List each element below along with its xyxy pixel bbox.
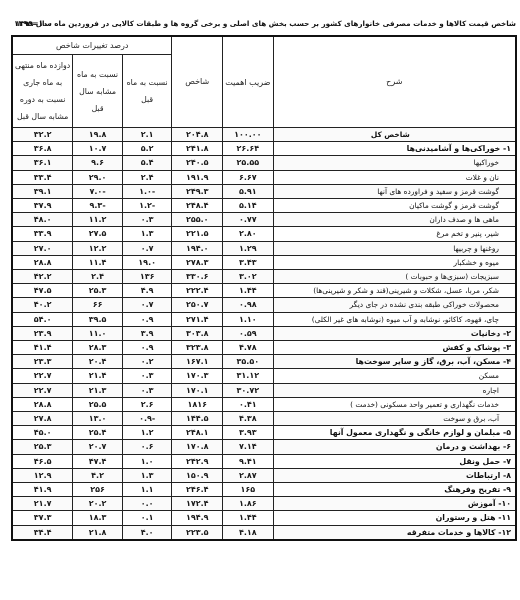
base-year-label: ۱۳۹۵=۱۰۰ bbox=[14, 19, 52, 28]
row-change-prev-month: ۱.۳ bbox=[122, 227, 172, 241]
row-weight: ۱.۴۴ bbox=[223, 284, 274, 298]
row-change-prev-month: -۰.۹ bbox=[122, 412, 172, 426]
row-description: ماهی ها و صدف داران bbox=[273, 213, 516, 227]
row-change-twelve-month: ۴۱.۴ bbox=[12, 341, 73, 355]
row-change-twelve-month: ۲۷.۸ bbox=[12, 412, 73, 426]
row-description: ۱۱- هتل و رستوران bbox=[273, 511, 516, 525]
row-change-twelve-month: ۲۱.۷ bbox=[12, 497, 73, 511]
row-index: ۲۴۸.۴ bbox=[172, 199, 223, 213]
row-change-prev-month: ۰.۶ bbox=[122, 440, 172, 454]
row-change-same-month-last-year: ۱۲.۲ bbox=[73, 241, 123, 255]
row-change-prev-month: ۰.۰ bbox=[122, 497, 172, 511]
table-row: اجاره۳۰.۷۲۱۷۰.۱۰.۳۲۱.۳۲۲.۷ bbox=[12, 383, 516, 397]
row-change-same-month-last-year: ۲۷.۵ bbox=[73, 227, 123, 241]
row-change-twelve-month: ۲۲.۷ bbox=[12, 383, 73, 397]
row-description: روغنها و چربیها bbox=[273, 241, 516, 255]
row-change-prev-month: ۰.۳ bbox=[122, 213, 172, 227]
row-index: ۲۲۳.۵ bbox=[172, 525, 223, 540]
row-index: ۱۷۰.۱ bbox=[172, 383, 223, 397]
row-weight: ۴.۱۸ bbox=[223, 525, 274, 540]
row-change-prev-month: ۲.۴ bbox=[122, 170, 172, 184]
row-change-same-month-last-year: ۲۵۶ bbox=[73, 483, 123, 497]
table-row: ماهی ها و صدف داران۰.۷۷۲۵۵.۰۰.۳۱۱.۲۴۸.۰ bbox=[12, 213, 516, 227]
table-row: ۷- حمل ونقل۹.۴۱۲۴۲.۹۱.۰۴۷.۴۴۶.۵ bbox=[12, 454, 516, 468]
row-change-prev-month: ۰.۲ bbox=[122, 355, 172, 369]
row-change-twelve-month: ۴۶.۵ bbox=[12, 454, 73, 468]
table-row: میوه و خشکبار۳.۴۳۲۷۸.۳۱۹.۰۱۱.۴۲۸.۸ bbox=[12, 255, 516, 269]
table-row: ۶- بهداشت و درمان۷.۱۴۱۷۰.۸۰.۶۲۰.۷۲۵.۳ bbox=[12, 440, 516, 454]
row-change-same-month-last-year: ۲.۴ bbox=[73, 270, 123, 284]
row-description: گوشت قرمز و گوشت ماکیان bbox=[273, 199, 516, 213]
row-change-prev-month: ۰.۷ bbox=[122, 241, 172, 255]
table-row: ۱- خوراکی‌ها و آشامیدنی‌ها۲۶.۶۴۲۴۱.۸۵.۲۱… bbox=[12, 142, 516, 156]
row-change-same-month-last-year: ۲۰.۴ bbox=[73, 355, 123, 369]
row-change-same-month-last-year: -۹.۳ bbox=[73, 199, 123, 213]
header-description: شرح bbox=[273, 36, 516, 128]
row-weight: ۳.۴۳ bbox=[223, 255, 274, 269]
row-change-prev-month: ۱.۱ bbox=[122, 483, 172, 497]
row-description: نان و غلات bbox=[273, 170, 516, 184]
row-change-prev-month: ۰.۱ bbox=[122, 511, 172, 525]
row-change-twelve-month: ۱۲.۹ bbox=[12, 468, 73, 482]
row-weight: ۳.۰۲ bbox=[223, 270, 274, 284]
row-description: ۱۲- کالاها و خدمات متفرقه bbox=[273, 525, 516, 540]
row-description: چای، قهوه، کاکائو، نوشابه و آب میوه (نوش… bbox=[273, 312, 516, 326]
row-change-same-month-last-year: ۲۸.۳ bbox=[73, 341, 123, 355]
row-weight: ۱.۱۰ bbox=[223, 312, 274, 326]
row-index: ۲۲۱.۵ bbox=[172, 227, 223, 241]
table-body: شاخص کل۱۰۰.۰۰۲۰۴.۸۲.۱۱۹.۸۳۲.۲۱- خوراکی‌ه… bbox=[12, 128, 516, 540]
row-change-prev-month: ۰.۷ bbox=[122, 298, 172, 312]
row-weight: ۵.۱۴ bbox=[223, 199, 274, 213]
row-index: ۱۹۴.۰ bbox=[172, 241, 223, 255]
row-change-twelve-month: ۳۹.۱ bbox=[12, 184, 73, 198]
row-description: ۱۰- آموزش bbox=[273, 497, 516, 511]
row-change-same-month-last-year: ۱۱.۴ bbox=[73, 255, 123, 269]
row-change-same-month-last-year: ۲۵.۵ bbox=[73, 397, 123, 411]
row-weight: ۱۶۵ bbox=[223, 483, 274, 497]
row-weight: ۹.۴۱ bbox=[223, 454, 274, 468]
row-description: ۲- دخانیات bbox=[273, 326, 516, 340]
row-index: ۱۴۴.۵ bbox=[172, 412, 223, 426]
row-description: شاخص کل bbox=[273, 128, 516, 142]
row-description: ۱- خوراکی‌ها و آشامیدنی‌ها bbox=[273, 142, 516, 156]
row-weight: ۵.۹۱ bbox=[223, 184, 274, 198]
row-description: خوراکیها bbox=[273, 156, 516, 170]
row-description: ۹- تفریح وفرهنگ bbox=[273, 483, 516, 497]
row-weight: ۰.۴۱ bbox=[223, 397, 274, 411]
row-change-same-month-last-year: ۳۹.۵ bbox=[73, 312, 123, 326]
row-change-twelve-month: ۳۲.۲ bbox=[12, 128, 73, 142]
table-row: خدمات نگهداری و تعمیر واحد مسکونی (خدمت … bbox=[12, 397, 516, 411]
table-row: خوراکیها۲۵.۵۵۲۴۰.۵۵.۴۹.۶۳۶.۱ bbox=[12, 156, 516, 170]
table-row: چای، قهوه، کاکائو، نوشابه و آب میوه (نوش… bbox=[12, 312, 516, 326]
row-change-twelve-month: ۳۳.۹ bbox=[12, 227, 73, 241]
row-weight: ۳۱.۱۲ bbox=[223, 369, 274, 383]
row-index: ۲۴۹.۳ bbox=[172, 184, 223, 198]
row-index: ۲۵۰.۷ bbox=[172, 298, 223, 312]
row-description: مسکن bbox=[273, 369, 516, 383]
header-vs-prev-month: نسبت به ماه قبل bbox=[122, 55, 172, 128]
table-row: ۵- مبلمان و لوازم خانگی و نگهداری معمول … bbox=[12, 426, 516, 440]
row-index: ۲۴۸.۱ bbox=[172, 426, 223, 440]
row-description: خدمات نگهداری و تعمیر واحد مسکونی (خدمت … bbox=[273, 397, 516, 411]
row-change-prev-month: ۴.۹ bbox=[122, 284, 172, 298]
table-row: شکر، مربا، عسل، شکلات و شیرینی(قند و شکر… bbox=[12, 284, 516, 298]
row-change-twelve-month: ۴۸.۰ bbox=[12, 213, 73, 227]
row-change-twelve-month: ۴۰.۲ bbox=[12, 298, 73, 312]
row-change-twelve-month: ۳۶.۸ bbox=[12, 142, 73, 156]
row-change-same-month-last-year: ۲۹.۰ bbox=[73, 170, 123, 184]
row-change-prev-month: ۱۳۶ bbox=[122, 270, 172, 284]
row-change-same-month-last-year: ۲۱.۳ bbox=[73, 383, 123, 397]
table-row: ۱۰- آموزش۱.۸۶۱۷۲.۴۰.۰۲۰.۲۲۱.۷ bbox=[12, 497, 516, 511]
row-change-prev-month: ۱.۰ bbox=[122, 454, 172, 468]
header-index: شاخص bbox=[172, 36, 223, 128]
row-weight: ۲۵.۵۵ bbox=[223, 156, 274, 170]
row-index: ۲۴۲.۹ bbox=[172, 454, 223, 468]
row-change-same-month-last-year: ۴۷.۴ bbox=[73, 454, 123, 468]
row-weight: ۷.۱۴ bbox=[223, 440, 274, 454]
row-change-same-month-last-year: ۱۳.۰ bbox=[73, 412, 123, 426]
row-change-same-month-last-year: ۲۰.۷ bbox=[73, 440, 123, 454]
table-row: ۱۱- هتل و رستوران۱.۴۴۱۹۴.۹۰.۱۱۸.۳۳۷.۳ bbox=[12, 511, 516, 525]
row-change-twelve-month: ۲۷.۰ bbox=[12, 241, 73, 255]
row-index: ۱۷۲.۴ bbox=[172, 497, 223, 511]
row-change-twelve-month: ۲۲.۷ bbox=[12, 369, 73, 383]
row-description: میوه و خشکبار bbox=[273, 255, 516, 269]
table-row: سبزیجات (سبزی‌ها و حبوبات )۳.۰۲۳۳۰.۶۱۳۶۲… bbox=[12, 270, 516, 284]
row-weight: ۱۰۰.۰۰ bbox=[223, 128, 274, 142]
row-weight: ۰.۹۸ bbox=[223, 298, 274, 312]
row-index: ۲۷۸.۳ bbox=[172, 255, 223, 269]
row-description: شیر، پنیر و تخم مرغ bbox=[273, 227, 516, 241]
row-description: محصولات خوراکی طبقه بندی نشده در جای دیگ… bbox=[273, 298, 516, 312]
row-description: ۴- مسکن، آب، برق، گاز و سایر سوخت‌ها bbox=[273, 355, 516, 369]
row-weight: ۳.۹۳ bbox=[223, 426, 274, 440]
row-index: ۲۵۵.۰ bbox=[172, 213, 223, 227]
row-change-same-month-last-year: ۶۶ bbox=[73, 298, 123, 312]
header-twelve-month: دوازده ماه منتهی به ماه جاری نسبت به دور… bbox=[12, 55, 73, 128]
row-index: ۱۷۰.۸ bbox=[172, 440, 223, 454]
row-index: ۳۲۳.۸ bbox=[172, 341, 223, 355]
table-row: روغنها و چربیها۱.۲۹۱۹۴.۰۰.۷۱۲.۲۲۷.۰ bbox=[12, 241, 516, 255]
row-change-prev-month: ۰.۹ bbox=[122, 341, 172, 355]
row-change-prev-month: ۱.۳ bbox=[122, 468, 172, 482]
cpi-table: شرح ضریب اهمیت شاخص درصد تغییرات شاخص نس… bbox=[11, 35, 517, 541]
row-weight: ۳۵.۵۰ bbox=[223, 355, 274, 369]
row-change-same-month-last-year: ۴.۲ bbox=[73, 468, 123, 482]
row-change-prev-month: ۰.۳ bbox=[122, 369, 172, 383]
table-row: آب، برق و سوخت۴.۳۸۱۴۴.۵-۰.۹۱۳.۰۲۷.۸ bbox=[12, 412, 516, 426]
row-weight: ۶.۶۷ bbox=[223, 170, 274, 184]
row-weight: ۲۶.۶۴ bbox=[223, 142, 274, 156]
row-weight: ۰.۵۹ bbox=[223, 326, 274, 340]
row-change-prev-month: ۵.۴ bbox=[122, 156, 172, 170]
row-change-same-month-last-year: ۱۱.۲ bbox=[73, 213, 123, 227]
row-weight: ۴.۳۸ bbox=[223, 412, 274, 426]
row-change-same-month-last-year: ۱۰.۷ bbox=[73, 142, 123, 156]
table-row: ۲- دخانیات۰.۵۹۳۰۳.۸۳.۹۱۱.۰۲۳.۹ bbox=[12, 326, 516, 340]
row-index: ۲۰۴.۸ bbox=[172, 128, 223, 142]
row-index: ۱۶۷.۱ bbox=[172, 355, 223, 369]
row-change-twelve-month: ۳۷.۹ bbox=[12, 199, 73, 213]
row-change-twelve-month: ۳۳.۴ bbox=[12, 170, 73, 184]
row-index: ۲۷۱.۴ bbox=[172, 312, 223, 326]
row-change-twelve-month: ۲۵.۳ bbox=[12, 440, 73, 454]
row-weight: ۱.۸۶ bbox=[223, 497, 274, 511]
header-vs-same-month-last-year: نسبت به ماه مشابه سال قبل bbox=[73, 55, 123, 128]
row-index: ۱۹۱.۹ bbox=[172, 170, 223, 184]
row-change-prev-month: ۵.۲ bbox=[122, 142, 172, 156]
row-description: ۸- ارتباطات bbox=[273, 468, 516, 482]
row-change-prev-month: ۲.۱ bbox=[122, 128, 172, 142]
row-change-twelve-month: ۳۷.۳ bbox=[12, 511, 73, 525]
table-row: شیر، پنیر و تخم مرغ۲.۸۰۲۲۱.۵۱.۳۲۷.۵۳۳.۹ bbox=[12, 227, 516, 241]
table-row: ۴- مسکن، آب، برق، گاز و سایر سوخت‌ها۳۵.۵… bbox=[12, 355, 516, 369]
row-weight: ۲.۸۰ bbox=[223, 227, 274, 241]
row-change-twelve-month: ۴۷.۵ bbox=[12, 284, 73, 298]
row-weight: ۱.۴۴ bbox=[223, 511, 274, 525]
row-index: ۱۸۱۶ bbox=[172, 397, 223, 411]
row-index: ۲۴۰.۵ bbox=[172, 156, 223, 170]
row-index: ۲۲۲.۴ bbox=[172, 284, 223, 298]
row-description: گوشت قرمز و سفید و فراورده های آنها bbox=[273, 184, 516, 198]
row-change-prev-month: ۱.۲ bbox=[122, 426, 172, 440]
table-row: محصولات خوراکی طبقه بندی نشده در جای دیگ… bbox=[12, 298, 516, 312]
table-row: شاخص کل۱۰۰.۰۰۲۰۴.۸۲.۱۱۹.۸۳۲.۲ bbox=[12, 128, 516, 142]
row-change-same-month-last-year: ۱۱.۰ bbox=[73, 326, 123, 340]
row-description: ۳- پوشاک و کفش bbox=[273, 341, 516, 355]
row-index: ۱۵۰.۹ bbox=[172, 468, 223, 482]
row-change-twelve-month: ۳۶.۱ bbox=[12, 156, 73, 170]
row-weight: ۱.۲۹ bbox=[223, 241, 274, 255]
row-change-same-month-last-year: ۱۹.۸ bbox=[73, 128, 123, 142]
row-weight: ۴.۷۸ bbox=[223, 341, 274, 355]
row-description: آب، برق و سوخت bbox=[273, 412, 516, 426]
row-description: ۷- حمل ونقل bbox=[273, 454, 516, 468]
row-change-prev-month: ۴.۰ bbox=[122, 525, 172, 540]
row-change-twelve-month: ۲۳.۳ bbox=[12, 355, 73, 369]
table-row: ۹- تفریح وفرهنگ۱۶۵۲۴۶.۴۱.۱۲۵۶۴۱.۹ bbox=[12, 483, 516, 497]
row-description: سبزیجات (سبزی‌ها و حبوبات ) bbox=[273, 270, 516, 284]
table-row: نان و غلات۶.۶۷۱۹۱.۹۲.۴۲۹.۰۳۳.۴ bbox=[12, 170, 516, 184]
row-change-prev-month: ۰.۳ bbox=[122, 383, 172, 397]
row-description: اجاره bbox=[273, 383, 516, 397]
row-description: ۵- مبلمان و لوازم خانگی و نگهداری معمول … bbox=[273, 426, 516, 440]
row-weight: ۲.۸۷ bbox=[223, 468, 274, 482]
row-change-same-month-last-year: ۲۵.۴ bbox=[73, 426, 123, 440]
row-index: ۱۷۰.۳ bbox=[172, 369, 223, 383]
row-description: ۶- بهداشت و درمان bbox=[273, 440, 516, 454]
row-change-same-month-last-year: ۲۱.۴ bbox=[73, 369, 123, 383]
row-change-prev-month: ۳.۹ bbox=[122, 326, 172, 340]
document-title: شاخص قیمت کالاها و خدمات مصرفی خانوارهای… bbox=[16, 19, 516, 28]
row-change-twelve-month: ۴۲.۲ bbox=[12, 270, 73, 284]
row-weight: ۰.۷۷ bbox=[223, 213, 274, 227]
row-change-same-month-last-year: ۲۱.۸ bbox=[73, 525, 123, 540]
row-change-twelve-month: ۲۳.۹ bbox=[12, 326, 73, 340]
row-change-same-month-last-year: ۱۸.۳ bbox=[73, 511, 123, 525]
table-row: گوشت قرمز و سفید و فراورده های آنها۵.۹۱۲… bbox=[12, 184, 516, 198]
title-bar: شاخص قیمت کالاها و خدمات مصرفی خانوارهای… bbox=[8, 19, 516, 33]
row-index: ۳۳۰.۶ bbox=[172, 270, 223, 284]
row-change-prev-month: -۱.۰ bbox=[122, 184, 172, 198]
row-change-same-month-last-year: ۹.۶ bbox=[73, 156, 123, 170]
row-index: ۲۴۱.۸ bbox=[172, 142, 223, 156]
header-change-group: درصد تغییرات شاخص bbox=[12, 36, 172, 55]
table-row: ۸- ارتباطات۲.۸۷۱۵۰.۹۱.۳۴.۲۱۲.۹ bbox=[12, 468, 516, 482]
table-row: ۳- پوشاک و کفش۴.۷۸۳۲۳.۸۰.۹۲۸.۳۴۱.۴ bbox=[12, 341, 516, 355]
row-change-prev-month: -۱.۲ bbox=[122, 199, 172, 213]
header-weight: ضریب اهمیت bbox=[223, 36, 274, 128]
row-change-twelve-month: ۲۸.۸ bbox=[12, 397, 73, 411]
row-change-prev-month: ۰.۹ bbox=[122, 312, 172, 326]
row-change-twelve-month: ۴۵.۰ bbox=[12, 426, 73, 440]
row-change-twelve-month: ۳۴.۴ bbox=[12, 525, 73, 540]
row-change-twelve-month: ۵۴.۰ bbox=[12, 312, 73, 326]
row-change-same-month-last-year: -۷.۰ bbox=[73, 184, 123, 198]
row-change-twelve-month: ۲۸.۸ bbox=[12, 255, 73, 269]
row-weight: ۳۰.۷۲ bbox=[223, 383, 274, 397]
table-row: ۱۲- کالاها و خدمات متفرقه۴.۱۸۲۲۳.۵۴.۰۲۱.… bbox=[12, 525, 516, 540]
row-change-same-month-last-year: ۲۰.۲ bbox=[73, 497, 123, 511]
table-row: مسکن۳۱.۱۲۱۷۰.۳۰.۳۲۱.۴۲۲.۷ bbox=[12, 369, 516, 383]
row-change-same-month-last-year: ۲۵.۳ bbox=[73, 284, 123, 298]
row-change-prev-month: ۲.۶ bbox=[122, 397, 172, 411]
row-change-prev-month: ۱۹.۰ bbox=[122, 255, 172, 269]
row-index: ۳۰۳.۸ bbox=[172, 326, 223, 340]
table-row: گوشت قرمز و گوشت ماکیان۵.۱۴۲۴۸.۴-۱.۲-۹.۳… bbox=[12, 199, 516, 213]
row-index: ۲۴۶.۴ bbox=[172, 483, 223, 497]
row-change-twelve-month: ۴۱.۹ bbox=[12, 483, 73, 497]
row-description: شکر، مربا، عسل، شکلات و شیرینی(قند و شکر… bbox=[273, 284, 516, 298]
row-index: ۱۹۴.۹ bbox=[172, 511, 223, 525]
